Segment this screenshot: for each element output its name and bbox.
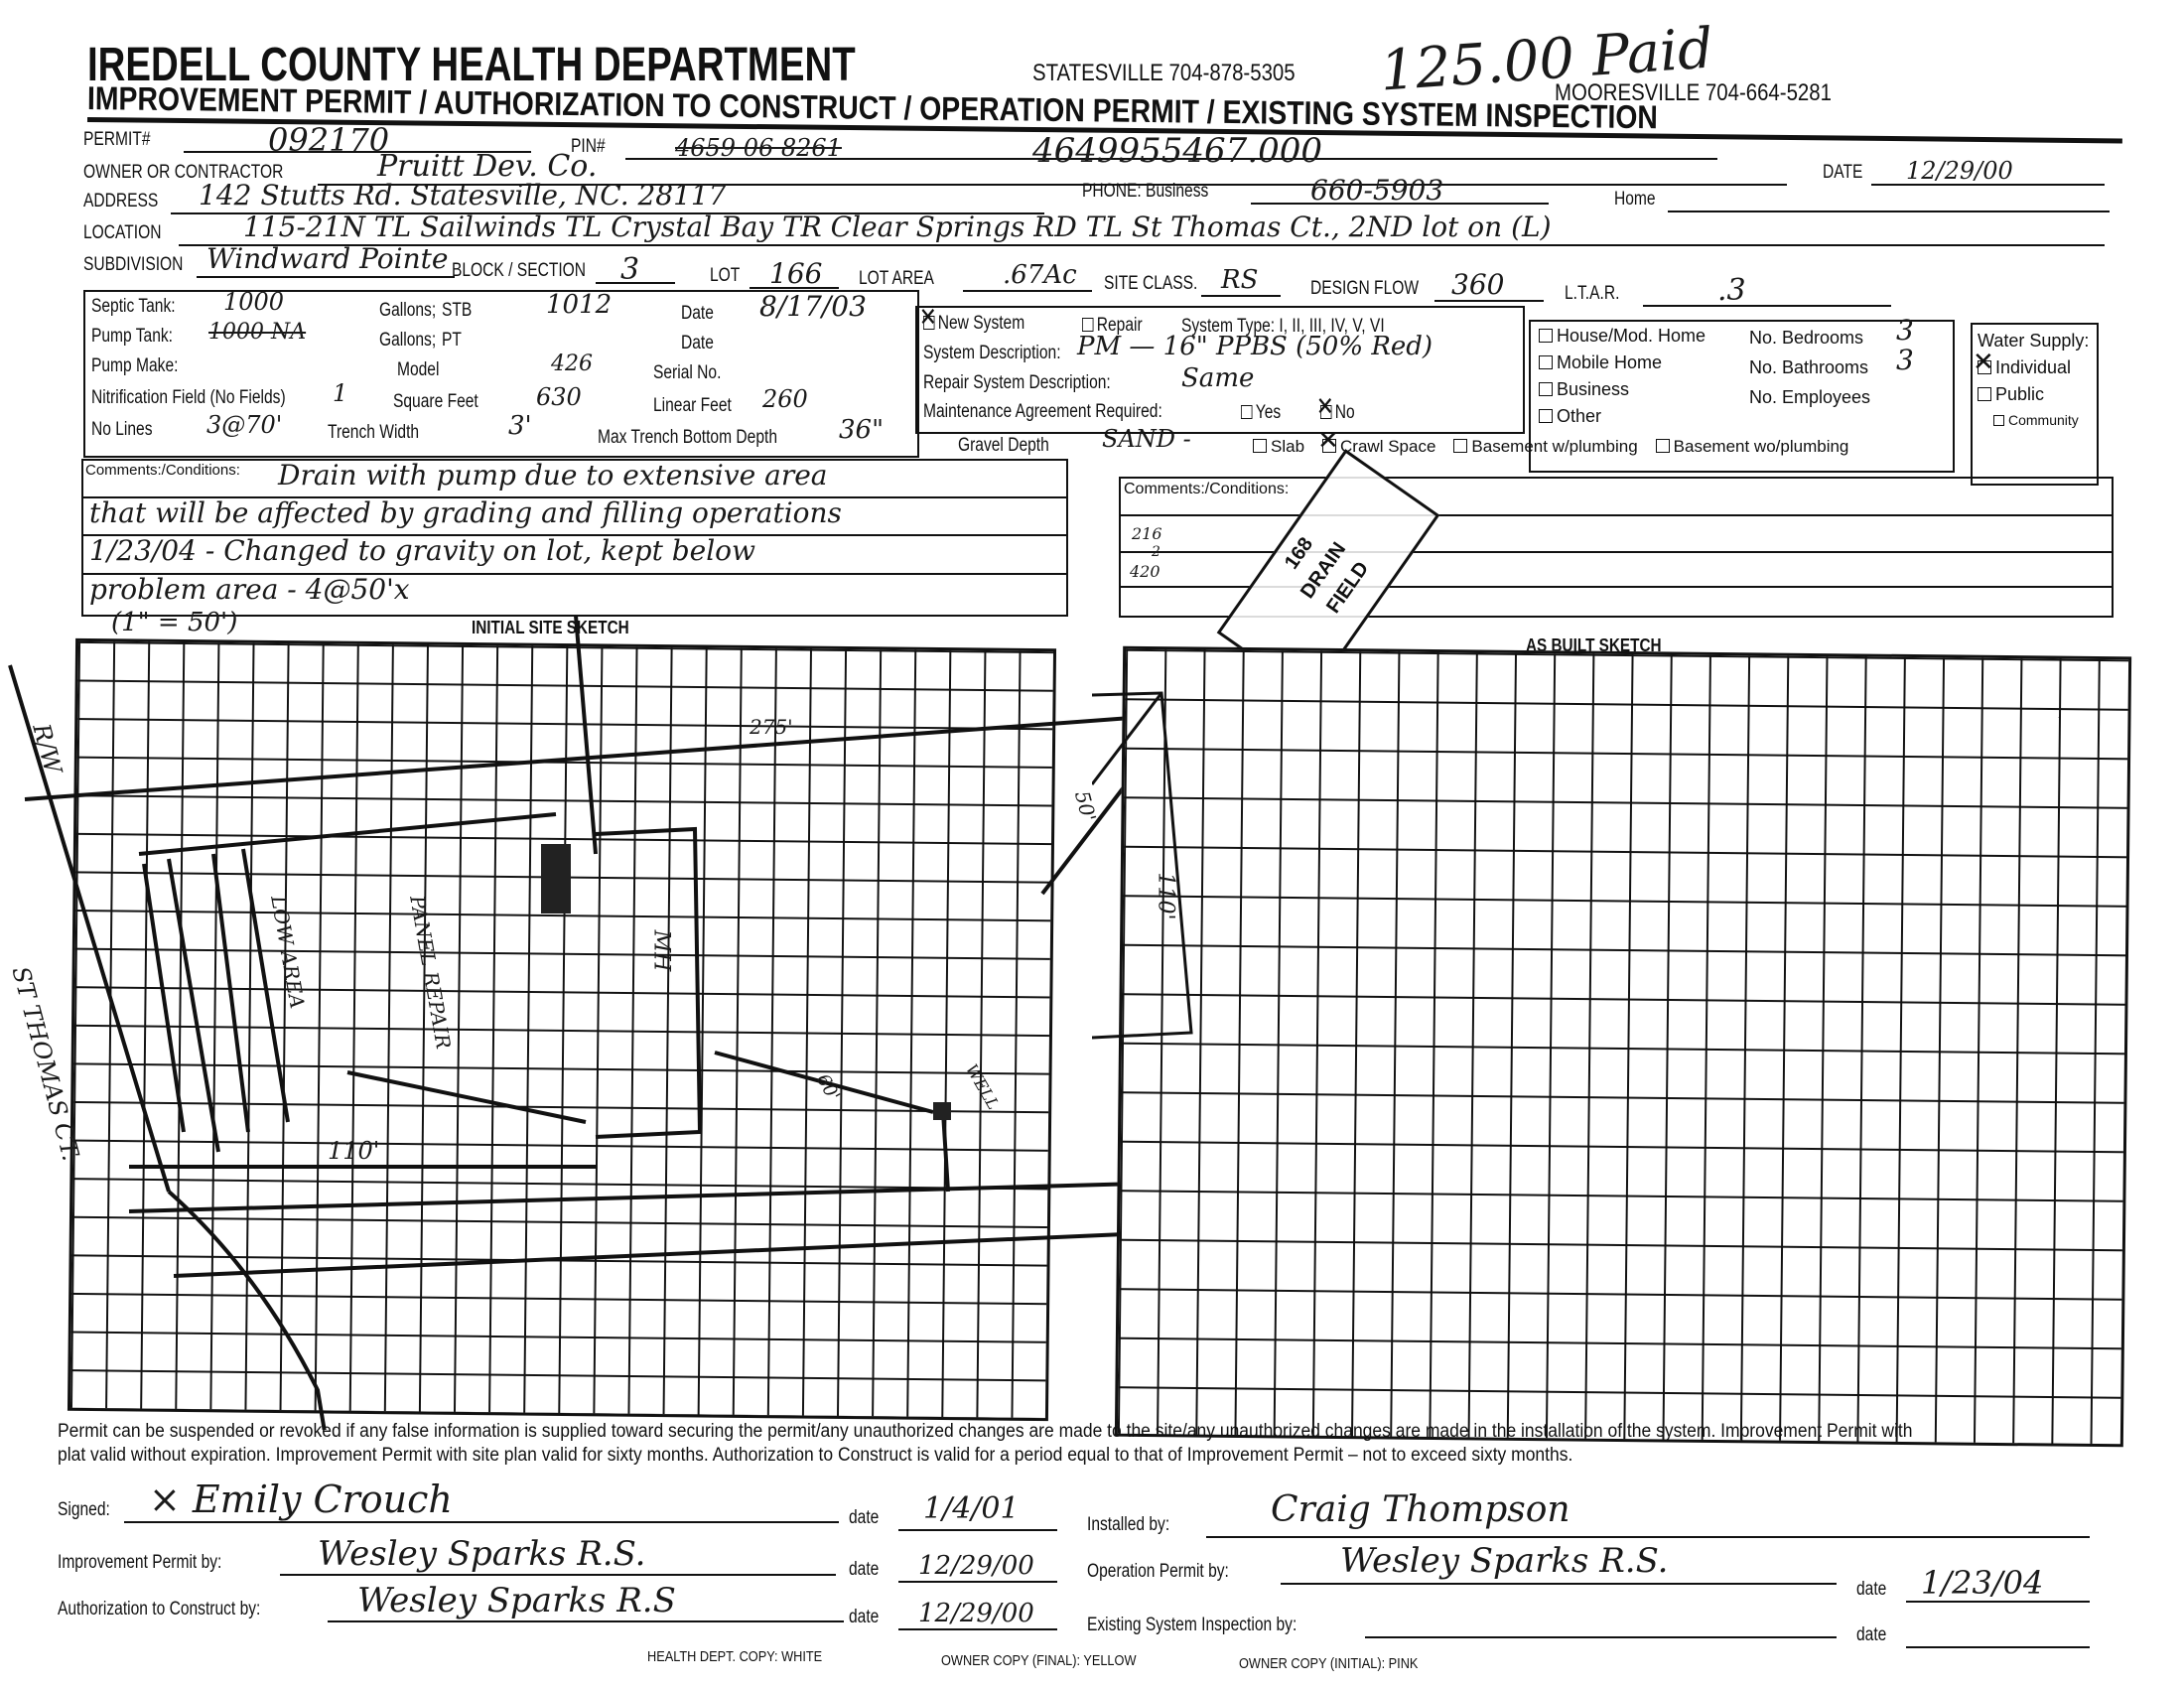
pin-struck: 4659 06 8261 [675,134,842,162]
phone-business-label: PHONE: Business [1082,181,1208,203]
as-built-drawing [1092,635,1390,1192]
gallons-label-2: Gallons; [379,330,436,352]
comment-line: that will be affected by grading and fil… [89,496,842,529]
max-depth-label: Max Trench Bottom Depth [598,427,777,449]
improvement-permit-label: Improvement Permit by: [58,1552,221,1574]
septic-tank-label: Septic Tank: [91,296,176,318]
lot-value[interactable]: 166 [769,257,822,290]
calc-line: 216 [1132,524,1162,543]
block-value[interactable]: 3 [620,252,639,287]
max-depth-value[interactable]: 36" [839,415,884,445]
copy-white-note: HEALTH DEPT. COPY: WHITE [647,1648,822,1665]
location-value[interactable]: 115-21N TL Sailwinds TL Crystal Bay TR C… [243,211,1552,243]
checkbox-icon [1993,415,2004,426]
gravel-depth-label: Gravel Depth [958,435,1049,457]
address-label: ADDRESS [83,191,158,212]
date-label: date [849,1507,879,1529]
check-icon [1322,439,1336,453]
repair-description-label: Repair System Description: [923,372,1111,394]
pin-number[interactable]: 4649955467.000 [1032,131,1322,171]
site-class-value[interactable]: RS [1221,265,1258,295]
site-class-label: SITE CLASS. [1104,273,1197,295]
address-value[interactable]: 142 Stutts Rd. Statesville, NC. 28117 [199,179,727,211]
slab-label: Slab [1271,437,1304,456]
date-label: DATE [1823,162,1862,184]
existing-inspection-label: Existing System Inspection by: [1087,1615,1297,1636]
subdivision-label: SUBDIVISION [83,254,183,276]
design-flow-value[interactable]: 360 [1451,268,1504,301]
copy-yellow-note: OWNER COPY (FINAL): YELLOW [941,1652,1136,1669]
comments-right-label: Comments:/Conditions: [1124,481,1289,498]
no-lines-value[interactable]: 3@70' [206,411,282,439]
no-label: No [1335,402,1355,423]
new-system-checkbox[interactable]: New System [923,313,1024,335]
checkbox-icon [1253,439,1267,453]
pump-tank-label: Pump Tank: [91,326,173,348]
checkbox-icon [1539,409,1553,423]
maintenance-label: Maintenance Agreement Required: [923,401,1162,423]
ltar-label: L.T.A.R. [1565,283,1619,305]
serial-label: Serial No. [653,362,721,384]
lot-area-label: LOT AREA [859,268,934,290]
signature-owner[interactable]: × Emily Crouch [149,1478,453,1521]
linear-feet-label: Linear Feet [653,395,732,417]
crawl-space-label: Crawl Space [1340,437,1435,456]
as-built-label-110: 110' [1154,872,1178,919]
comment-line: 1/23/04 - Changed to gravity on lot, kep… [89,534,755,567]
checkbox-icon [1539,355,1553,369]
community-checkbox[interactable]: Community [1993,412,2079,428]
employees-label: No. Employees [1749,387,1870,408]
installer-signature[interactable]: Craig Thompson [1271,1489,1570,1530]
checkbox-icon [1978,387,1991,401]
checkbox-icon [1241,405,1252,419]
pt-date-label: Date [681,333,714,354]
checkbox-icon [1082,318,1093,332]
checkbox-icon [1453,439,1467,453]
disclaimer-text: Permit can be suspended or revoked if an… [58,1420,1939,1468]
date-label: date [849,1607,879,1628]
business-label: Business [1557,379,1629,399]
square-feet-label: Square Feet [393,391,478,413]
permit-label: PERMIT# [83,129,151,151]
authorization-signature[interactable]: Wesley Sparks R.S [357,1581,676,1620]
improvement-date[interactable]: 12/29/00 [918,1551,1034,1581]
authorization-date[interactable]: 12/29/00 [918,1599,1034,1628]
existing-inspection-field[interactable] [1365,1636,1837,1638]
nitrification-value[interactable]: 1 [333,379,347,407]
comments-left-label: Comments:/Conditions: [85,462,240,479]
nitrification-label: Nitrification Field (No Fields) [91,387,286,409]
maintenance-no-checkbox[interactable]: No [1320,402,1355,424]
sketch-label-110: 110' [328,1137,379,1165]
initial-sketch-drawing [0,616,1191,1430]
slab-checkbox[interactable]: Slab [1253,437,1304,457]
operation-permit-label: Operation Permit by: [1087,1561,1229,1583]
new-system-label: New System [938,313,1024,334]
sketch-label-mh: MH [648,930,673,972]
bathrooms-label: No. Bathrooms [1749,357,1868,378]
design-flow-label: DESIGN FLOW [1310,278,1419,300]
phone-home-label: Home [1614,189,1656,211]
signed-date[interactable]: 1/4/01 [923,1491,1020,1526]
date-label: date [1856,1579,1886,1601]
check-icon [923,316,934,330]
stb-label: STB [442,300,472,322]
phone-home-field[interactable] [1668,211,2110,212]
pt-label: PT [442,330,462,352]
system-description-value[interactable]: PM — 16" PPBS (50% Red) [1077,332,1433,361]
tank-date-value[interactable]: 8/17/03 [759,290,867,323]
no-lines-label: No Lines [91,419,153,441]
mobile-home-label: Mobile Home [1557,352,1662,372]
square-feet-value[interactable]: 630 [536,383,582,411]
subdivision-value[interactable]: Windward Pointe [206,242,448,275]
mobile-home-checkbox[interactable]: Mobile Home [1539,352,1706,373]
check-icon [1320,405,1331,419]
gallons-label: Gallons; [379,300,436,322]
authorization-label: Authorization to Construct by: [58,1599,260,1620]
date-value[interactable]: 12/29/00 [1906,157,2013,185]
individual-label: Individual [1995,357,2071,377]
calc-line: 2 [1152,544,1160,560]
public-checkbox[interactable]: Public [1978,384,2044,405]
checkbox-icon [1539,329,1553,343]
pump-tank-value[interactable]: 1000 NA [208,320,306,345]
individual-checkbox[interactable]: Individual [1978,357,2071,378]
permit-number[interactable]: 092170 [268,121,389,159]
date-label: date [849,1559,879,1581]
trench-width-label: Trench Width [328,422,419,444]
pump-make-label: Pump Make: [91,355,178,377]
existing-date-field[interactable] [1906,1646,2090,1648]
house-label: House/Mod. Home [1557,326,1706,346]
bedrooms-label: No. Bedrooms [1749,328,1863,349]
operation-permit-signature[interactable]: Wesley Sparks R.S. [1340,1541,1669,1581]
model-label: Model [397,359,439,381]
linear-feet-value[interactable]: 260 [762,385,808,413]
community-label: Community [2008,412,2079,428]
signed-label: Signed: [58,1499,110,1521]
lot-area-value[interactable]: .67Ac [1003,260,1077,290]
maintenance-yes-checkbox[interactable]: Yes [1241,402,1281,424]
water-supply-label: Water Supply: [1978,331,2089,352]
trench-width-value[interactable]: 3' [508,411,532,441]
other-label: Other [1557,406,1601,426]
comment-line: problem area - 4@50'x [89,573,410,606]
building-types: House/Mod. Home Mobile Home Business Oth… [1539,326,1706,427]
installed-by-label: Installed by: [1087,1514,1169,1536]
crawl-space-checkbox[interactable]: Crawl Space [1322,437,1435,457]
stb-value[interactable]: 1012 [546,290,612,320]
sketch-label-dimension: 275' [750,715,793,739]
business-checkbox[interactable]: Business [1539,379,1706,400]
calc-line: 420 [1130,562,1160,581]
tank-date-label: Date [681,303,714,325]
date-label: date [1856,1624,1886,1646]
check-icon [1978,360,1991,374]
ltar-value[interactable]: .3 [1717,273,1746,308]
lot-label: LOT [710,265,740,287]
block-label: BLOCK / SECTION [452,260,586,282]
operation-date[interactable]: 1/23/04 [1921,1564,2043,1602]
bathrooms-value[interactable]: 3 [1896,344,1914,376]
bedrooms-value[interactable]: 3 [1896,314,1914,347]
improvement-permit-signature[interactable]: Wesley Sparks R.S. [318,1534,646,1574]
copy-pink-note: OWNER COPY (INITIAL): PINK [1239,1655,1418,1672]
septic-tank-value[interactable]: 1000 [223,288,284,316]
other-checkbox[interactable]: Other [1539,406,1706,427]
system-description-label: System Description: [923,343,1061,364]
yes-label: Yes [1256,402,1281,423]
checkbox-icon [1539,382,1553,396]
public-label: Public [1995,384,2044,404]
location-label: LOCATION [83,222,161,244]
house-checkbox[interactable]: House/Mod. Home [1539,326,1706,347]
model-value[interactable]: 426 [551,352,593,376]
comment-line: Drain with pump due to extensive area [278,459,827,492]
statesville-phone: STATESVILLE 704-878-5305 [1032,60,1296,87]
phone-business-value[interactable]: 660-5903 [1310,174,1443,207]
repair-description-value[interactable]: Same [1181,363,1254,393]
